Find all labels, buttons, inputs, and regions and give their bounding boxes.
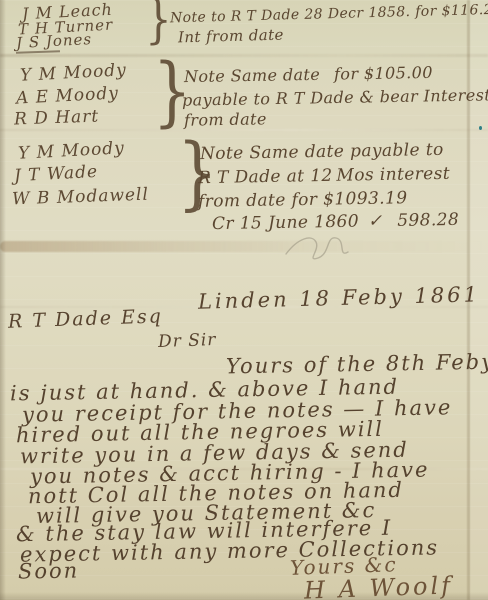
- note-text-line: payable to R T Dade & bear Interest: [182, 85, 488, 109]
- brace-glyph: }: [145, 0, 171, 46]
- signer-name: J T Wade: [14, 162, 99, 186]
- horizontal-crease-stain: [0, 241, 488, 252]
- signer-name: J S Jones: [16, 30, 93, 52]
- left-edge-shadow: [0, 0, 6, 600]
- note-text-line: R T Dade at 12 Mos interest: [198, 164, 450, 188]
- salutation: Dr Sir: [158, 330, 217, 352]
- addressee: R T Dade Esq: [8, 305, 164, 332]
- signature: H A Woolf: [304, 571, 454, 600]
- horizontal-crease: [0, 54, 488, 57]
- pencil-flourish-mark: [278, 228, 362, 268]
- signer-name: Y M Moody: [20, 60, 128, 86]
- body-line: Yours of the 8th Feby: [226, 350, 488, 379]
- note-text-line: Note to R T Dade 28 Decr 1858. for $116.…: [170, 2, 488, 27]
- teal-speck: [479, 126, 482, 130]
- signer-name: Y M Moody: [18, 138, 126, 164]
- note-text-line: Note Same date for $105.00: [184, 63, 433, 86]
- dateline: Linden 18 Feby 1861: [198, 282, 480, 313]
- signer-name: W B Modawell: [12, 185, 150, 210]
- signer-name: R D Hart: [14, 107, 100, 130]
- note-text-line: from date for $1093.19: [198, 188, 408, 212]
- signer-name: A E Moody: [16, 83, 120, 108]
- body-line: Soon: [18, 558, 80, 583]
- horizontal-crease: [0, 129, 488, 131]
- letter-page: J M Leach T H Turner J S Jones } Note to…: [0, 0, 488, 600]
- note-text-line: Int from date: [178, 26, 284, 47]
- note-text-line: Note Same date payable to: [200, 140, 444, 164]
